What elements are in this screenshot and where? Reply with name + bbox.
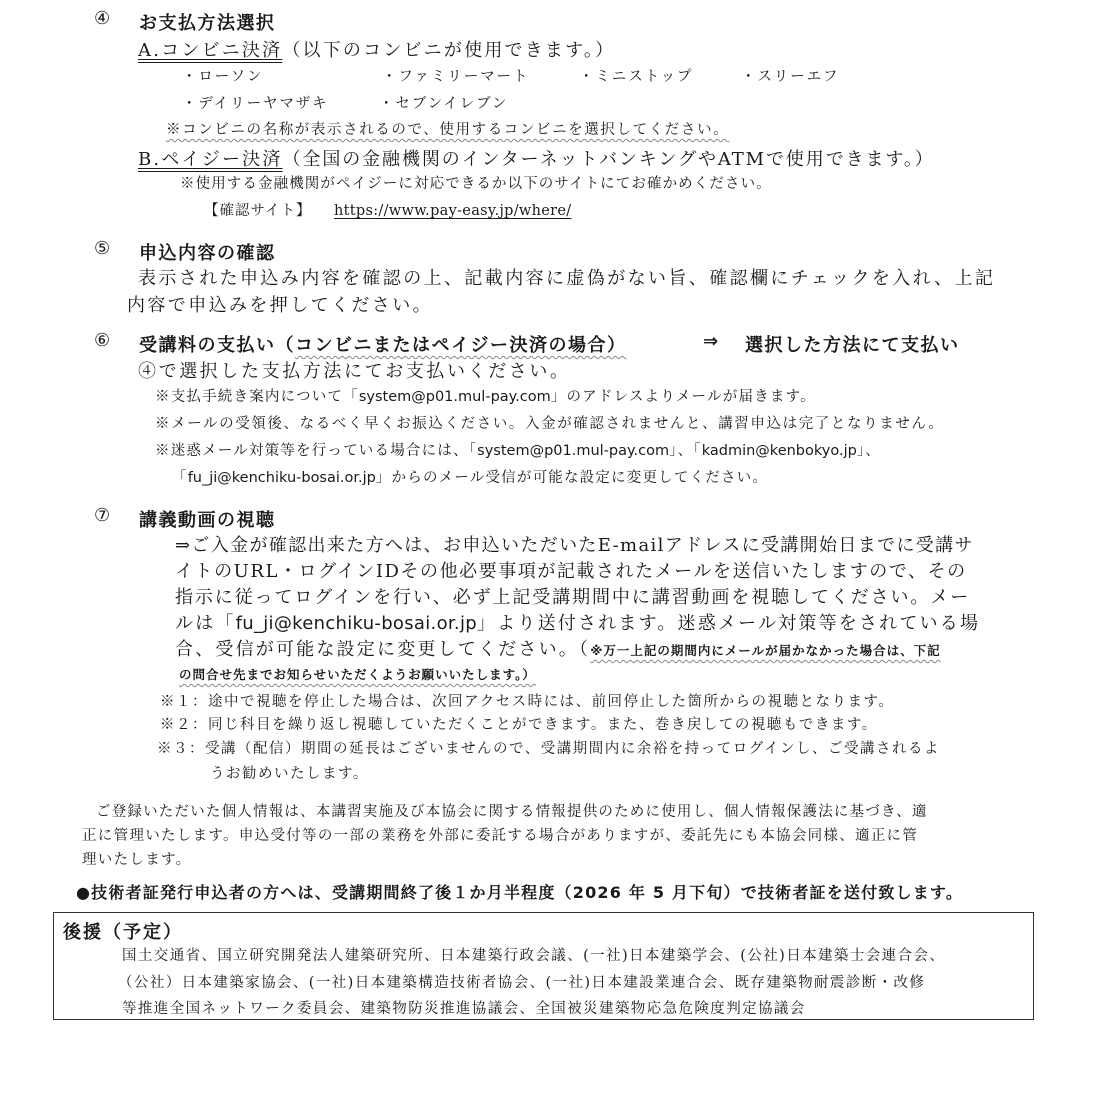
note-text: 「 <box>172 470 188 486</box>
email-address: system@p01.mul-pay.com <box>477 443 669 459</box>
paragraph-text: ルは「 <box>175 613 236 634</box>
confirm-site-link[interactable]: https://www.pay-easy.jp/where/ <box>334 203 571 219</box>
confirm-site-label: 【確認サイト】 <box>204 203 311 219</box>
email-address: fu_ji@kenchiku-bosai.or.jp <box>236 613 477 634</box>
section-text-line: 表示された申込み内容を確認の上、記載内容に虚偽がない旨、確認欄にチェックを入れ、… <box>138 264 995 290</box>
note-text: ※迷惑メール対策等を行っている場合には、「 <box>155 443 477 459</box>
paragraph-note: ※万一上記の期間内にメールが届かなかった場合は、下記 <box>590 643 940 658</box>
support-title: 後援（予定） <box>63 918 183 944</box>
note-text: 」からのメール受信が可能な設定に変更してください。 <box>376 470 768 486</box>
payment-note: 「fu_ji@kenchiku-bosai.or.jp」からのメール受信が可能な… <box>172 466 768 487</box>
section-title: お支払方法選択 <box>139 9 276 35</box>
payeasy-note: ※使用する金融機関がペイジーに対応できるか以下のサイトにてお確かめください。 <box>180 172 772 193</box>
payment-note: ※支払手続き案内について「system@p01.mul-pay.com」のアドレ… <box>155 385 816 406</box>
section-title: 講義動画の視聴 <box>139 506 276 532</box>
section-title-suffix: 選択した方法にて支払い <box>745 331 960 357</box>
option-convenience-store: A.コンビニ決済（以下のコンビニが使用できます。） <box>138 36 615 62</box>
paragraph-note: の問合せ先までお知らせいただくようお願いいたします。） <box>179 665 536 683</box>
payment-note: ※メールの受領後、なるべく早くお振込ください。入金が確認されませんと、講習申込は… <box>155 412 944 433</box>
confirm-site-row: 【確認サイト】 https://www.pay-easy.jp/where/ <box>204 199 571 220</box>
payment-note: ※迷惑メール対策等を行っている場合には、「system@p01.mul-pay.… <box>155 439 881 460</box>
certificate-notice: ●技術者証発行申込者の方へは、受講期間終了後１か月半程度（2026 年 5 月下… <box>76 880 963 903</box>
video-paragraph-line: ルは「fu_ji@kenchiku-bosai.or.jp」より送付されます。迷… <box>175 609 980 635</box>
option-description: （全国の金融機関のインターネットバンキングやATMで使用できます。） <box>283 149 935 170</box>
email-address: kadmin@kenbokyo.jp <box>702 443 857 459</box>
option-payeasy: B.ペイジー決済（全国の金融機関のインターネットバンキングやATMで使用できます… <box>138 145 935 171</box>
option-description: （以下のコンビニが使用できます。） <box>282 40 615 61</box>
note-text: 」、「 <box>669 443 702 459</box>
option-label: B.ペイジー決済 <box>138 149 283 170</box>
email-address: fu_ji@kenchiku-bosai.or.jp <box>188 470 376 486</box>
section-text-line: ④で選択した支払方法にてお支払いください。 <box>138 357 571 383</box>
video-paragraph-line: ⇒ご入金が確認出来た方へは、お申込いただいたE-mailアドレスに受講開始日まで… <box>175 531 974 557</box>
option-label: A.コンビニ決済 <box>138 40 282 61</box>
section-title-underlined: コンビニまたはペイジー決済の場合） <box>295 335 627 356</box>
store-item: ・デイリーヤマザキ <box>182 92 329 113</box>
store-item: ・ミニストップ <box>579 65 693 86</box>
store-item: ・セブンイレブン <box>379 92 508 113</box>
video-paragraph-line: 合、受信が可能な設定に変更してください。（※万一上記の期間内にメールが届かなかっ… <box>175 635 941 661</box>
convenience-note: ※コンビニの名称が表示されるので、使用するコンビニを選択してください。 <box>166 118 729 139</box>
store-item: ・ローソン <box>182 65 263 86</box>
note-text: 」のアドレスよりメールが届きます。 <box>551 389 816 405</box>
support-line: 等推進全国ネットワーク委員会、建築物防災推進協議会、全国被災建築物応急危険度判定… <box>122 997 806 1018</box>
section-number: ⑥ <box>94 330 110 351</box>
arrow-icon: ⇒ <box>703 331 720 352</box>
note-text: 」、 <box>857 443 881 459</box>
video-paragraph-line: 指示に従ってログインを行い、必ず上記受講期間中に講習動画を視聴してください。メー <box>175 583 970 609</box>
section-text-line: 内容で申込みを押してください。 <box>127 291 433 317</box>
store-item: ・スリーエフ <box>741 65 839 86</box>
section-title: 申込内容の確認 <box>139 239 276 265</box>
privacy-line: 理いたします。 <box>82 848 191 869</box>
video-note: うお勧めいたします。 <box>210 762 369 783</box>
email-address: system@p01.mul-pay.com <box>359 389 551 405</box>
video-note: ※２：同じ科目を繰り返し視聴していただくことができます。また、巻き戻しての視聴も… <box>160 713 878 734</box>
paragraph-text: 合、受信が可能な設定に変更してください。（ <box>175 639 590 660</box>
video-note: ※３：受講（配信）期間の延長はございませんので、受講期間内に余裕を持ってログイン… <box>157 737 940 758</box>
section-number: ⑦ <box>94 505 110 526</box>
privacy-line: 正に管理いたします。申込受付等の一部の業務を外部に委託する場合がありますが、委託… <box>82 824 918 845</box>
section-number: ④ <box>94 8 110 29</box>
section-title: 受講料の支払い（コンビニまたはペイジー決済の場合） <box>139 331 627 357</box>
store-item: ・ファミリーマート <box>382 65 529 86</box>
video-note: ※１：途中で視聴を停止した場合は、次回アクセス時には、前回停止した箇所からの視聴… <box>160 690 894 711</box>
privacy-line: ご登録いただいた個人情報は、本講習実施及び本協会に関する情報提供のために使用し、… <box>96 800 928 821</box>
paragraph-text: 」より送付されます。迷惑メール対策等をされている場 <box>477 613 980 634</box>
video-paragraph-line: イトのURL・ログインIDその他必要事項が記載されたメールを送信いたしますので、… <box>175 557 967 583</box>
section-number: ⑤ <box>94 238 110 259</box>
note-text: ※支払手続き案内について「 <box>155 389 359 405</box>
support-line: （公社）日本建築家協会、(一社)日本建築構造技術者協会、(一社)日本建設業連合会… <box>118 971 925 992</box>
support-line: 国土交通省、国立研究開発法人建築研究所、日本建築行政会議、(一社)日本建築学会、… <box>122 944 945 965</box>
section-title-prefix: 受講料の支払い（ <box>139 335 295 356</box>
